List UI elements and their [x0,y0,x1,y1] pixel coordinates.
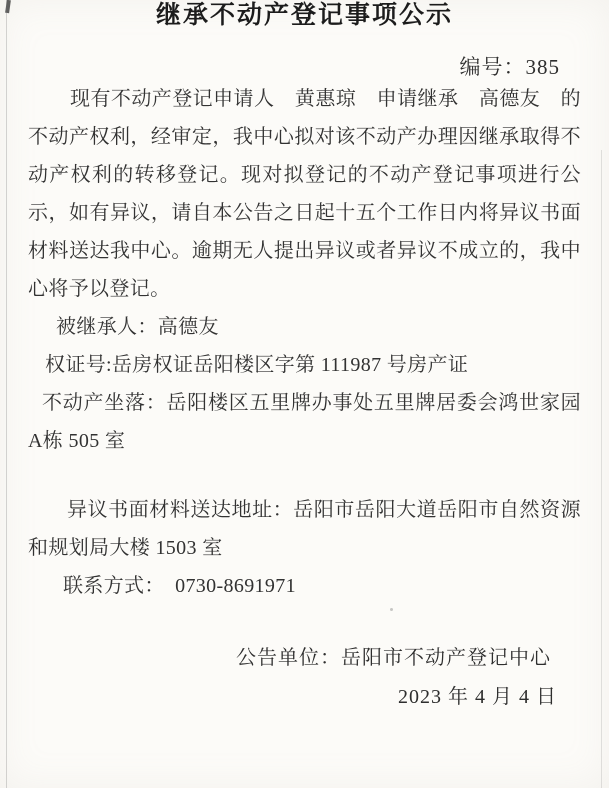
scan-edge-line-right [601,150,602,788]
notice-body-paragraph: 现有不动产登记申请人 黄惠琼 申请继承 高德友 的不动产权利，经审定，我中心拟对… [28,80,581,308]
scan-speck [58,171,62,175]
issuer-line: 公告单位：岳阳市不动产登记中心 [28,639,581,677]
contact-phone-line: 联系方式： 0730-8691971 [28,567,581,605]
doc-number: 编号：385 [28,54,581,80]
date-line: 2023 年 4 月 4 日 [28,677,581,717]
property-location-line: 不动产坐落：岳阳楼区五里牌办事处五里牌居委会鸿世家园A栋 505 室 [28,384,581,460]
contact-block: 异议书面材料送达地址：岳阳市岳阳大道岳阳市自然资源和规划局大楼 1503 室 联… [28,491,581,605]
objection-address-line: 异议书面材料送达地址：岳阳市岳阳大道岳阳市自然资源和规划局大楼 1503 室 [28,491,581,567]
scan-speck [390,608,393,611]
page-title: 继承不动产登记事项公示 [28,0,581,30]
signature-block: 公告单位：岳阳市不动产登记中心 2023 年 4 月 4 日 [28,639,581,717]
certificate-number-line: 权证号:岳房权证岳阳楼区字第 111987 号房产证 [28,346,581,384]
notice-document: 继承不动产登记事项公示 编号：385 现有不动产登记申请人 黄惠琼 申请继承 高… [0,0,609,788]
heir-line: 被继承人：高德友 [28,308,581,346]
scan-edge-line-left [6,0,7,788]
